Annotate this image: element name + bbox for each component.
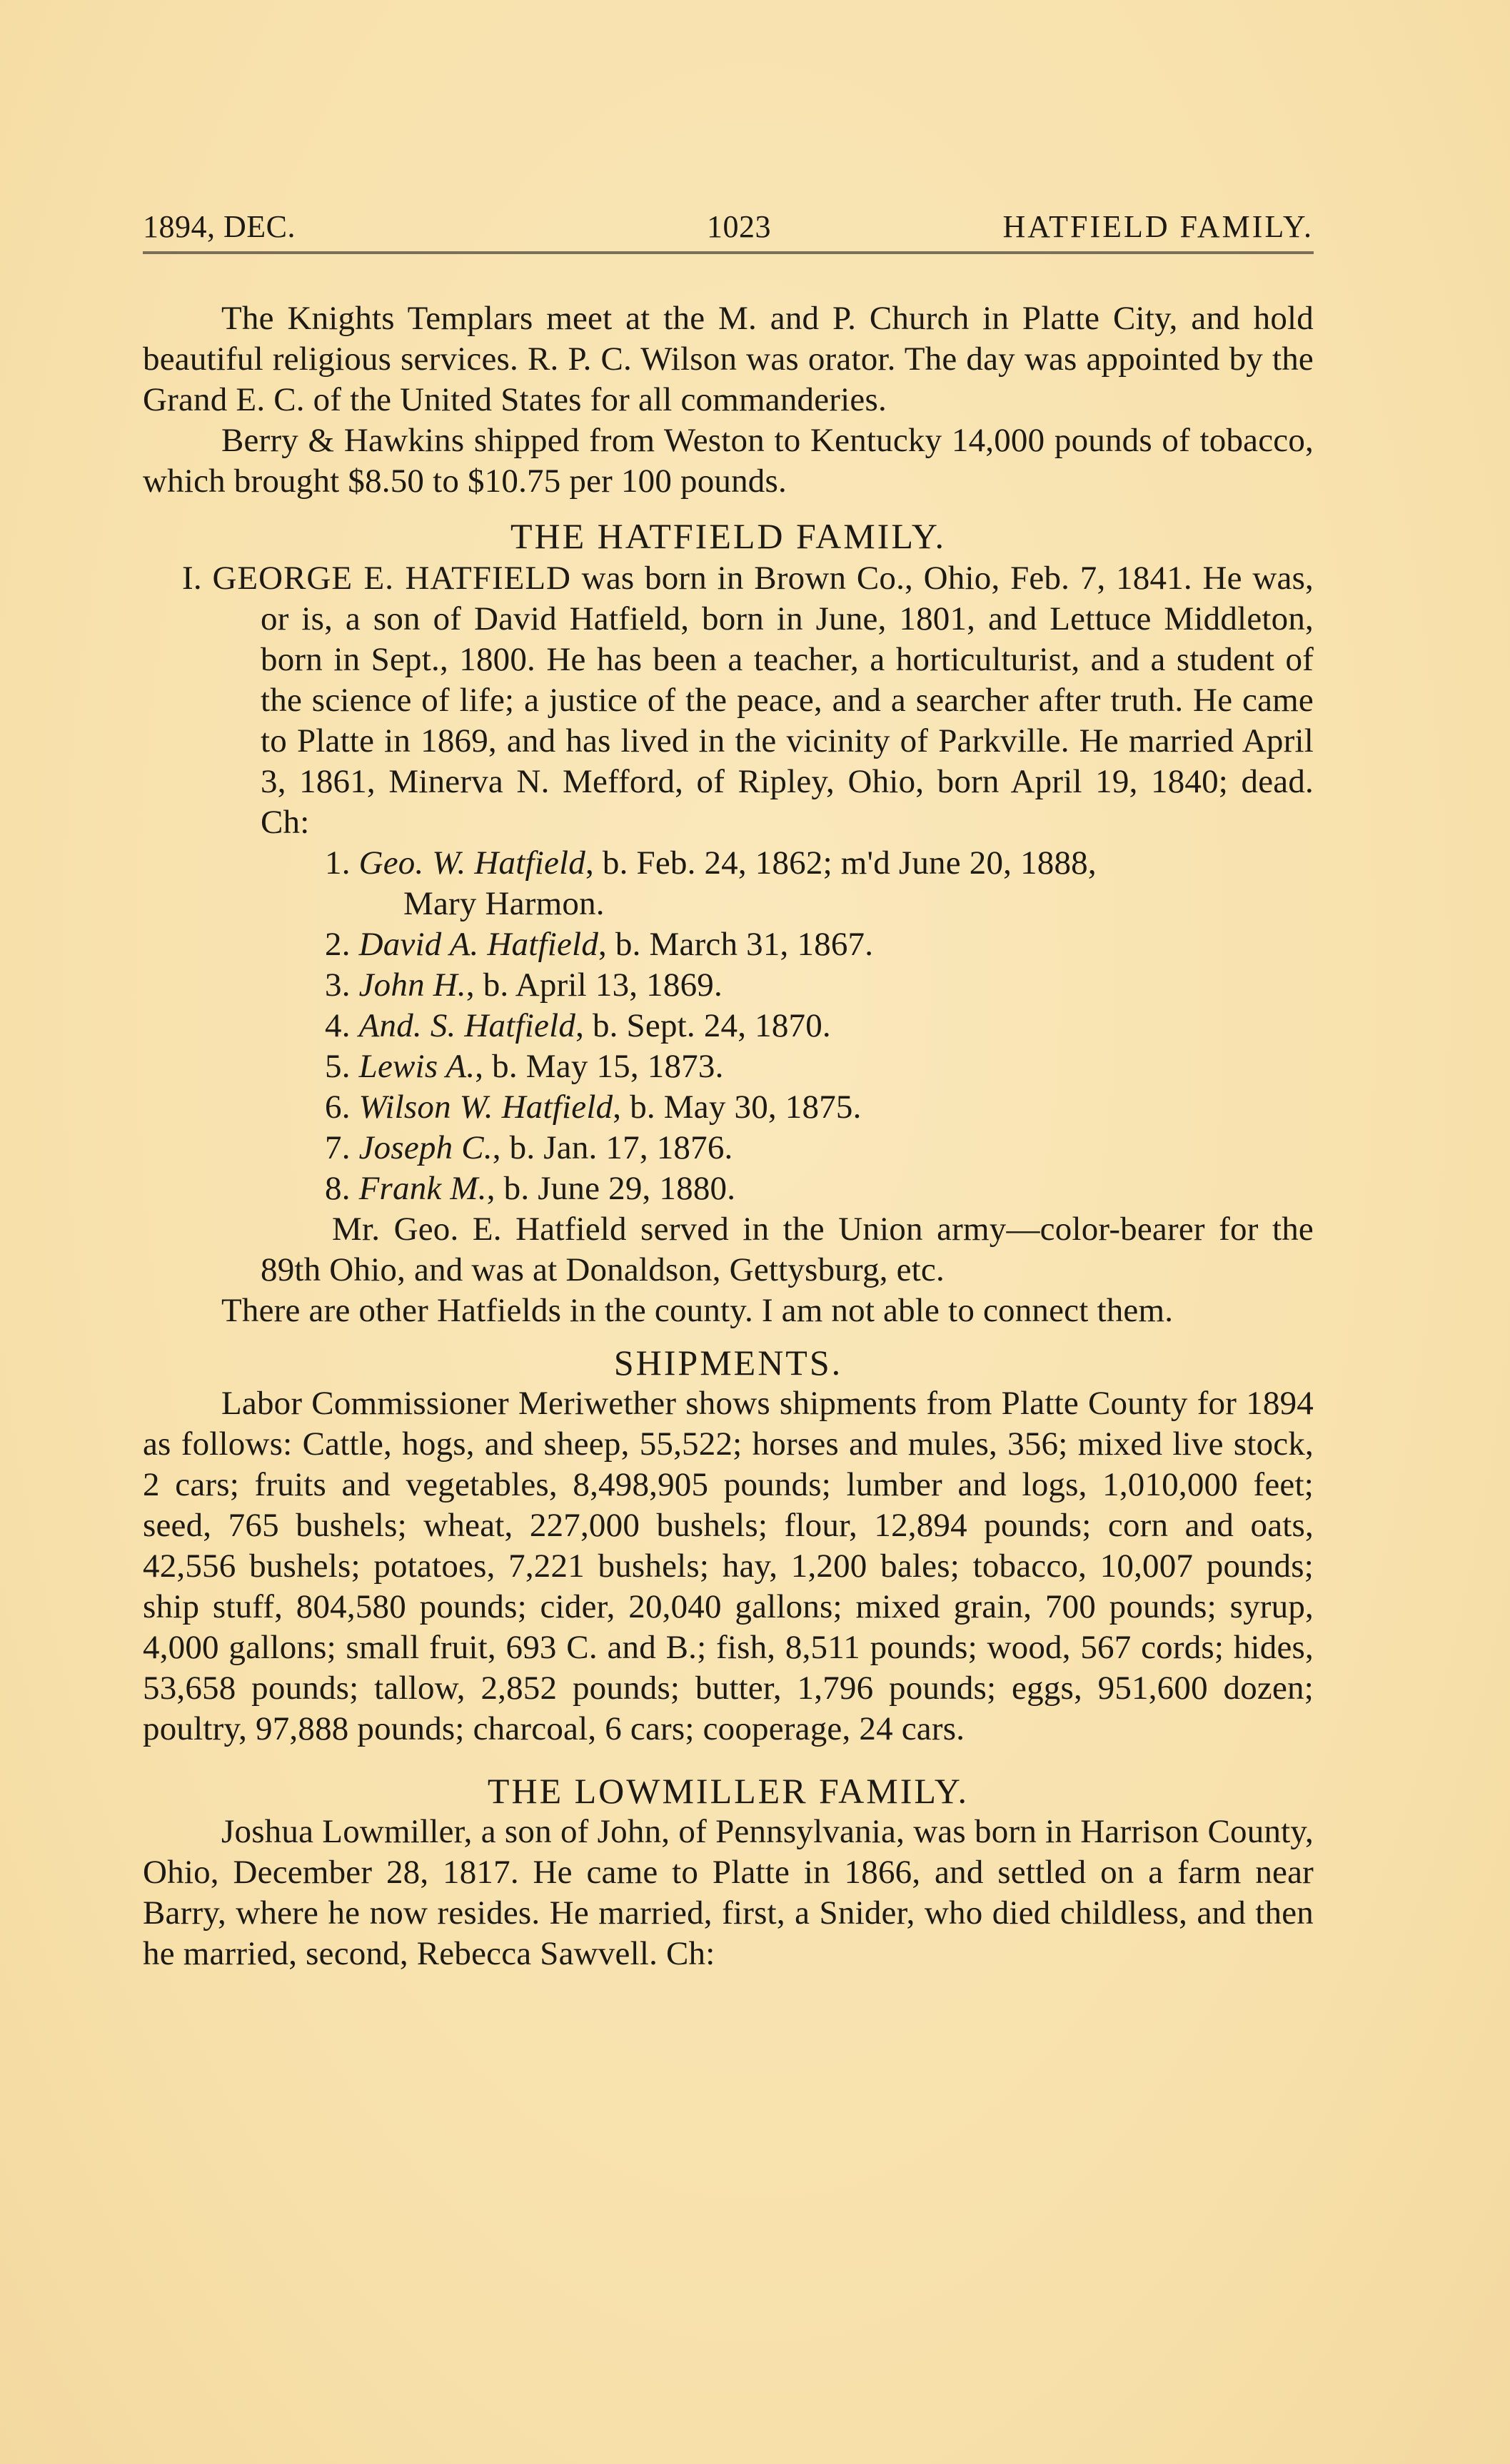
entry-text: was born in Brown Co., Ohio, Feb. 7, 184… [261,560,1314,841]
entry-numeral: I. [182,560,202,597]
child-name: Wilson W. Hatfield [359,1089,613,1126]
child-details: , b. June 29, 1880. [487,1170,735,1207]
child-item: 6. Wilson W. Hatfield, b. May 30, 1875. [143,1087,1314,1128]
child-item: 4. And. S. Hatfield, b. Sept. 24, 1870. [143,1006,1314,1046]
page-number: 1023 [707,208,771,245]
child-details: , b. May 30, 1875. [613,1089,861,1126]
child-number: 7. [325,1129,351,1166]
child-item: 3. John H., b. April 13, 1869. [143,965,1314,1006]
child-name: And. S. Hatfield [359,1007,575,1044]
child-item-continuation: Mary Harmon. [143,884,1314,924]
child-name: Joseph C. [359,1129,493,1166]
page-body: The Knights Templars meet at the M. and … [143,298,1314,1974]
child-number: 5. [325,1048,351,1085]
child-details: , b. Jan. 17, 1876. [493,1129,733,1166]
paragraph-knights-templars: The Knights Templars meet at the M. and … [143,298,1314,420]
child-item: 2. David A. Hatfield, b. March 31, 1867. [143,924,1314,965]
child-name: David A. Hatfield [359,926,598,963]
paragraph-lowmiller: Joshua Lowmiller, a son of John, of Penn… [143,1812,1314,1974]
header-rule-divider [143,251,1314,254]
section-heading-hatfield-family: THE HATFIELD FAMILY. [143,516,1314,557]
hatfield-entry-george: I. GEORGE E. HATFIELD was born in Brown … [143,558,1314,843]
child-name: Lewis A. [359,1048,475,1085]
running-head-title: HATFIELD FAMILY. [1002,208,1314,245]
paragraph-shipments: Labor Commissioner Meriwether shows ship… [143,1383,1314,1749]
child-number: 4. [325,1007,351,1044]
child-item: 7. Joseph C., b. Jan. 17, 1876. [143,1128,1314,1168]
child-details: , b. March 31, 1867. [598,926,873,963]
child-item: 5. Lewis A., b. May 15, 1873. [143,1046,1314,1087]
child-number: 1. [325,844,351,882]
running-head: 1894, DEC. 1023 HATFIELD FAMILY. [143,208,1314,244]
child-details: , b. April 13, 1869. [466,966,723,1004]
child-item: 8. Frank M., b. June 29, 1880. [143,1168,1314,1209]
children-list: 1. Geo. W. Hatfield, b. Feb. 24, 1862; m… [143,843,1314,1209]
child-name: John H. [359,966,466,1004]
child-details: , b. Sept. 24, 1870. [575,1007,831,1044]
child-name: Geo. W. Hatfield [359,844,585,882]
entry-name: GEORGE E. HATFIELD [212,560,571,597]
child-item: 1. Geo. W. Hatfield, b. Feb. 24, 1862; m… [143,843,1314,884]
child-number: 3. [325,966,351,1004]
child-number: 6. [325,1089,351,1126]
child-details: , b. Feb. 24, 1862; m'd June 20, 1888, [585,844,1097,882]
running-head-date: 1894, DEC. [143,208,296,245]
child-details: , b. May 15, 1873. [475,1048,723,1085]
child-number: 8. [325,1170,351,1207]
child-number: 2. [325,926,351,963]
section-heading-lowmiller-family: THE LOWMILLER FAMILY. [143,1771,1314,1812]
section-heading-shipments: SHIPMENTS. [143,1343,1314,1383]
paragraph-war-service: Mr. Geo. E. Hatfield served in the Union… [143,1209,1314,1291]
paragraph-tobacco-shipment: Berry & Hawkins shipped from Weston to K… [143,420,1314,502]
paragraph-other-hatfields: There are other Hatfields in the county.… [143,1291,1314,1331]
child-name: Frank M. [359,1170,487,1207]
